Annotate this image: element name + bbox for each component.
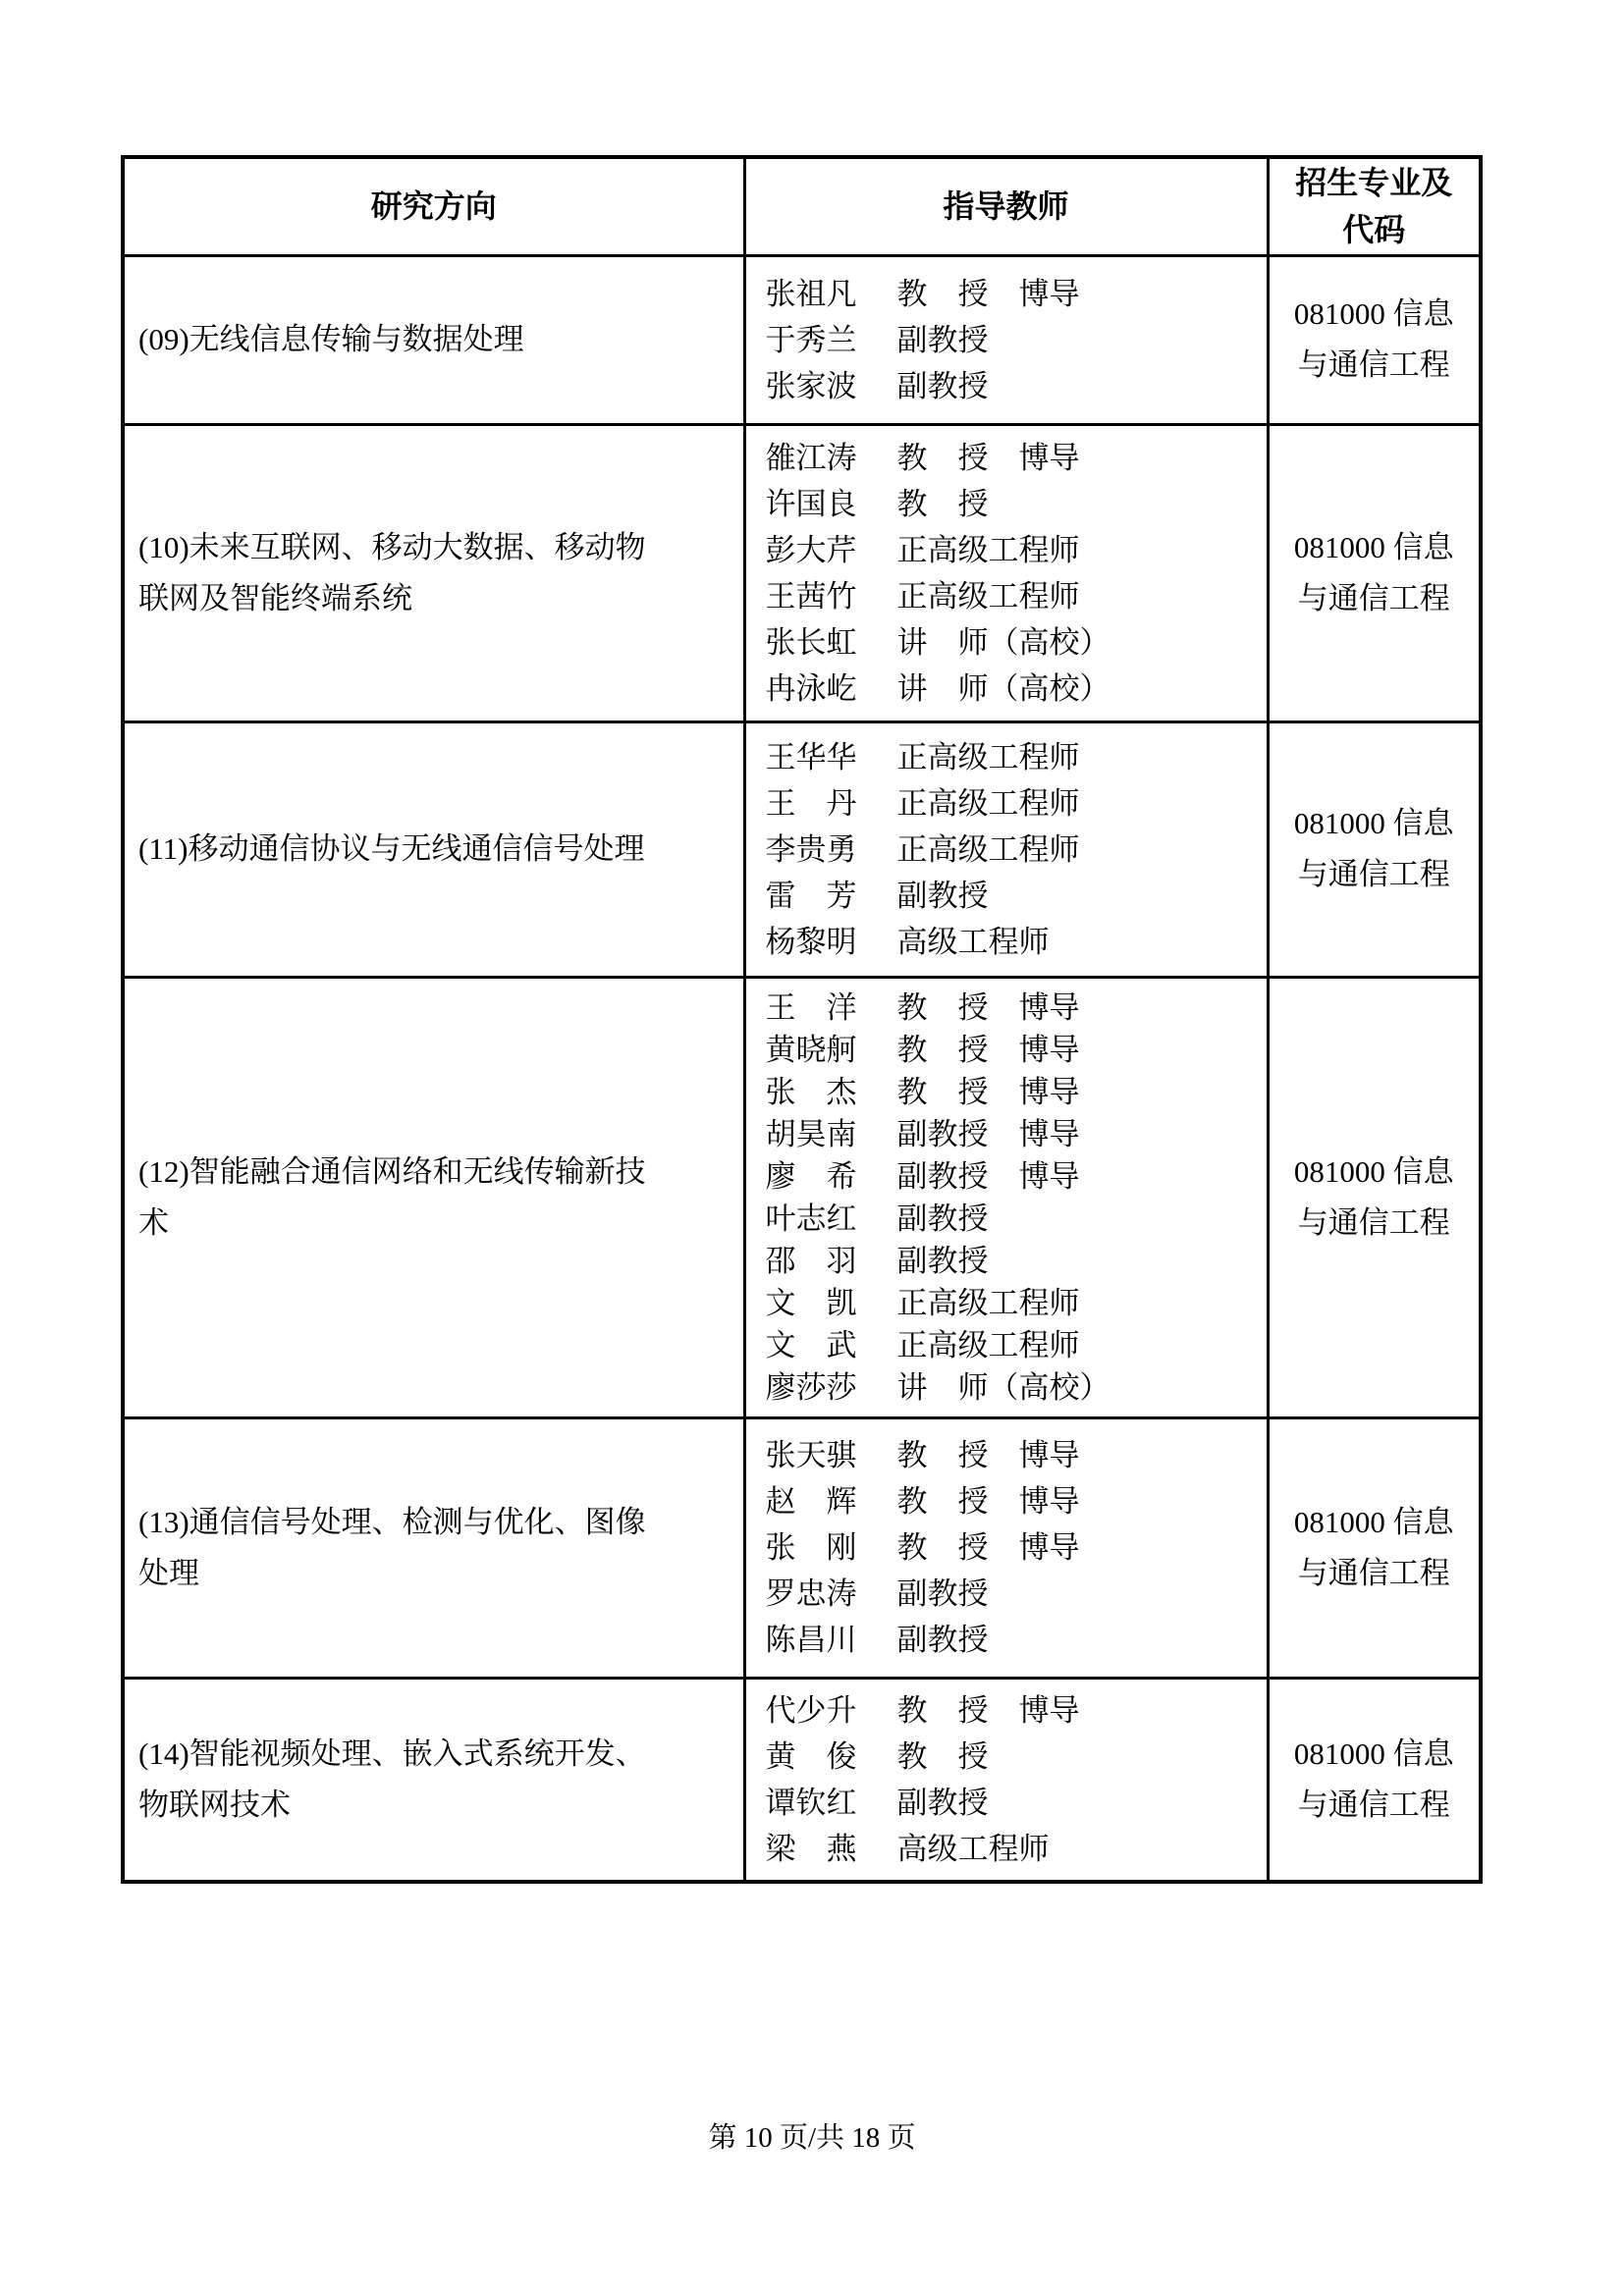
teacher-name: 张天骐: [766, 1432, 864, 1478]
table-body: (09)无线信息传输与数据处理张祖凡教 授 博导于秀兰副教授张家波副教授0810…: [123, 255, 1481, 1882]
table-row: (14)智能视频处理、嵌入式系统开发、 物联网技术代少升教 授 博导黄 俊教 授…: [123, 1678, 1481, 1882]
teacher-line: 王华华正高级工程师: [766, 734, 1267, 780]
column-header-research-direction: 研究方向: [123, 157, 744, 255]
teacher-line: 雒江涛教 授 博导: [766, 435, 1267, 481]
teacher-name: 王茜竹: [766, 573, 864, 619]
teacher-line: 黄晓舸教 授 博导: [766, 1029, 1267, 1071]
teacher-line: 张长虹讲 师（高校）: [766, 619, 1267, 666]
teacher-name: 罗忠涛: [766, 1571, 864, 1617]
teacher-name: 邵 羽: [766, 1240, 864, 1282]
teacher-name: 文 武: [766, 1324, 864, 1366]
teacher-title: 正高级工程师: [897, 527, 1080, 573]
admissions-table: 研究方向 指导教师 招生专业及 代码 (09)无线信息传输与数据处理张祖凡教 授…: [121, 155, 1483, 1884]
direction-cell: (09)无线信息传输与数据处理: [123, 255, 744, 424]
teacher-name: 梁 燕: [766, 1826, 864, 1872]
teacher-line: 彭大芹正高级工程师: [766, 527, 1267, 573]
teacher-line: 王 洋教 授 博导: [766, 987, 1267, 1029]
teachers-cell: 代少升教 授 博导黄 俊教 授谭钦红副教授梁 燕高级工程师: [744, 1678, 1268, 1882]
teacher-title: 副教授 博导: [897, 1113, 1080, 1155]
major-cell: 081000 信息 与通信工程: [1268, 424, 1481, 721]
teacher-title: 教 授 博导: [897, 1071, 1080, 1113]
teacher-line: 胡昊南副教授 博导: [766, 1113, 1267, 1155]
teacher-title: 副教授 博导: [897, 1155, 1080, 1198]
teachers-cell: 雒江涛教 授 博导许国良教 授彭大芹正高级工程师王茜竹正高级工程师张长虹讲 师（…: [744, 424, 1268, 721]
teacher-name: 黄 俊: [766, 1734, 864, 1780]
teachers-cell: 王华华正高级工程师王 丹正高级工程师李贵勇正高级工程师雷 芳副教授杨黎明高级工程…: [744, 721, 1268, 977]
teacher-line: 张 刚教 授 博导: [766, 1524, 1267, 1571]
teacher-name: 彭大芹: [766, 527, 864, 573]
teacher-title: 讲 师（高校）: [897, 1366, 1110, 1409]
teacher-line: 雷 芳副教授: [766, 873, 1267, 919]
major-cell: 081000 信息 与通信工程: [1268, 977, 1481, 1417]
teacher-line: 王 丹正高级工程师: [766, 780, 1267, 827]
table-row: (11)移动通信协议与无线通信信号处理王华华正高级工程师王 丹正高级工程师李贵勇…: [123, 721, 1481, 977]
teacher-line: 张 杰教 授 博导: [766, 1071, 1267, 1113]
teacher-line: 张祖凡教 授 博导: [766, 271, 1267, 317]
teacher-title: 正高级工程师: [897, 734, 1080, 780]
header-row: 研究方向 指导教师 招生专业及 代码: [123, 157, 1481, 255]
document-page: 研究方向 指导教师 招生专业及 代码 (09)无线信息传输与数据处理张祖凡教 授…: [0, 0, 1624, 2296]
teacher-line: 冉泳屹讲 师（高校）: [766, 666, 1267, 712]
teacher-name: 叶志红: [766, 1198, 864, 1240]
teacher-line: 廖莎莎讲 师（高校）: [766, 1366, 1267, 1409]
teacher-title: 教 授 博导: [897, 1478, 1080, 1524]
teacher-name: 胡昊南: [766, 1113, 864, 1155]
teacher-title: 副教授: [897, 1198, 989, 1240]
teacher-title: 教 授 博导: [897, 1687, 1080, 1734]
teacher-name: 张长虹: [766, 619, 864, 666]
teacher-line: 黄 俊教 授: [766, 1734, 1267, 1780]
teacher-line: 许国良教 授: [766, 481, 1267, 527]
teacher-line: 罗忠涛副教授: [766, 1571, 1267, 1617]
teacher-name: 王华华: [766, 734, 864, 780]
column-header-major-code: 招生专业及 代码: [1268, 157, 1481, 255]
teacher-title: 教 授 博导: [897, 1524, 1080, 1571]
teacher-name: 许国良: [766, 481, 864, 527]
teacher-line: 陈昌川副教授: [766, 1617, 1267, 1663]
teacher-title: 高级工程师: [897, 919, 1050, 965]
teacher-title: 副教授: [897, 1780, 989, 1826]
table-row: (13)通信信号处理、检测与优化、图像 处理张天骐教 授 博导赵 辉教 授 博导…: [123, 1417, 1481, 1678]
teacher-name: 谭钦红: [766, 1780, 864, 1826]
teacher-name: 雒江涛: [766, 435, 864, 481]
teacher-name: 张 杰: [766, 1071, 864, 1113]
teacher-line: 叶志红副教授: [766, 1198, 1267, 1240]
teacher-title: 副教授: [897, 873, 989, 919]
teacher-title: 讲 师（高校）: [897, 666, 1110, 712]
teacher-line: 于秀兰副教授: [766, 317, 1267, 363]
teacher-line: 李贵勇正高级工程师: [766, 827, 1267, 873]
teacher-line: 廖 希副教授 博导: [766, 1155, 1267, 1198]
teacher-title: 正高级工程师: [897, 827, 1080, 873]
teacher-title: 教 授 博导: [897, 987, 1080, 1029]
teacher-name: 廖莎莎: [766, 1366, 864, 1409]
teacher-title: 正高级工程师: [897, 573, 1080, 619]
major-cell: 081000 信息 与通信工程: [1268, 255, 1481, 424]
teacher-line: 张家波副教授: [766, 363, 1267, 409]
major-cell: 081000 信息 与通信工程: [1268, 1417, 1481, 1678]
teacher-title: 副教授: [897, 1617, 989, 1663]
teacher-name: 代少升: [766, 1687, 864, 1734]
teacher-line: 文 凯正高级工程师: [766, 1282, 1267, 1324]
teacher-line: 王茜竹正高级工程师: [766, 573, 1267, 619]
teacher-name: 文 凯: [766, 1282, 864, 1324]
teacher-name: 张家波: [766, 363, 864, 409]
table-row: (10)未来互联网、移动大数据、移动物 联网及智能终端系统雒江涛教 授 博导许国…: [123, 424, 1481, 721]
direction-cell: (12)智能融合通信网络和无线传输新技 术: [123, 977, 744, 1417]
teacher-name: 张 刚: [766, 1524, 864, 1571]
teacher-title: 高级工程师: [897, 1826, 1050, 1872]
teachers-cell: 张祖凡教 授 博导于秀兰副教授张家波副教授: [744, 255, 1268, 424]
teacher-line: 文 武正高级工程师: [766, 1324, 1267, 1366]
table-row: (12)智能融合通信网络和无线传输新技 术王 洋教 授 博导黄晓舸教 授 博导张…: [123, 977, 1481, 1417]
teacher-name: 杨黎明: [766, 919, 864, 965]
table-header: 研究方向 指导教师 招生专业及 代码: [123, 157, 1481, 255]
teacher-title: 副教授: [897, 363, 989, 409]
teacher-title: 正高级工程师: [897, 780, 1080, 827]
teacher-line: 谭钦红副教授: [766, 1780, 1267, 1826]
teachers-cell: 王 洋教 授 博导黄晓舸教 授 博导张 杰教 授 博导胡昊南副教授 博导廖 希副…: [744, 977, 1268, 1417]
teacher-name: 陈昌川: [766, 1617, 864, 1663]
teacher-name: 李贵勇: [766, 827, 864, 873]
teacher-title: 教 授 博导: [897, 1029, 1080, 1071]
teacher-title: 正高级工程师: [897, 1324, 1080, 1366]
teacher-line: 邵 羽副教授: [766, 1240, 1267, 1282]
direction-cell: (14)智能视频处理、嵌入式系统开发、 物联网技术: [123, 1678, 744, 1882]
teacher-name: 雷 芳: [766, 873, 864, 919]
teachers-cell: 张天骐教 授 博导赵 辉教 授 博导张 刚教 授 博导罗忠涛副教授陈昌川副教授: [744, 1417, 1268, 1678]
table-row: (09)无线信息传输与数据处理张祖凡教 授 博导于秀兰副教授张家波副教授0810…: [123, 255, 1481, 424]
direction-cell: (11)移动通信协议与无线通信信号处理: [123, 721, 744, 977]
major-cell: 081000 信息 与通信工程: [1268, 721, 1481, 977]
teacher-name: 于秀兰: [766, 317, 864, 363]
teacher-name: 王 洋: [766, 987, 864, 1029]
direction-cell: (13)通信信号处理、检测与优化、图像 处理: [123, 1417, 744, 1678]
teacher-title: 教 授 博导: [897, 435, 1080, 481]
teacher-line: 梁 燕高级工程师: [766, 1826, 1267, 1872]
direction-cell: (10)未来互联网、移动大数据、移动物 联网及智能终端系统: [123, 424, 744, 721]
teacher-line: 代少升教 授 博导: [766, 1687, 1267, 1734]
teacher-title: 教 授 博导: [897, 1432, 1080, 1478]
teacher-name: 冉泳屹: [766, 666, 864, 712]
major-cell: 081000 信息 与通信工程: [1268, 1678, 1481, 1882]
column-header-supervisors: 指导教师: [744, 157, 1268, 255]
teacher-title: 副教授: [897, 1571, 989, 1617]
teacher-title: 教 授: [897, 1734, 989, 1780]
teacher-line: 赵 辉教 授 博导: [766, 1478, 1267, 1524]
teacher-name: 张祖凡: [766, 271, 864, 317]
teacher-name: 廖 希: [766, 1155, 864, 1198]
teacher-line: 张天骐教 授 博导: [766, 1432, 1267, 1478]
teacher-title: 教 授: [897, 481, 989, 527]
teacher-title: 教 授 博导: [897, 271, 1080, 317]
teacher-name: 王 丹: [766, 780, 864, 827]
teacher-title: 副教授: [897, 1240, 989, 1282]
teacher-title: 正高级工程师: [897, 1282, 1080, 1324]
page-number-footer: 第 10 页/共 18 页: [0, 2120, 1624, 2156]
teacher-name: 赵 辉: [766, 1478, 864, 1524]
teacher-title: 副教授: [897, 317, 989, 363]
teacher-name: 黄晓舸: [766, 1029, 864, 1071]
teacher-title: 讲 师（高校）: [897, 619, 1110, 666]
teacher-line: 杨黎明高级工程师: [766, 919, 1267, 965]
